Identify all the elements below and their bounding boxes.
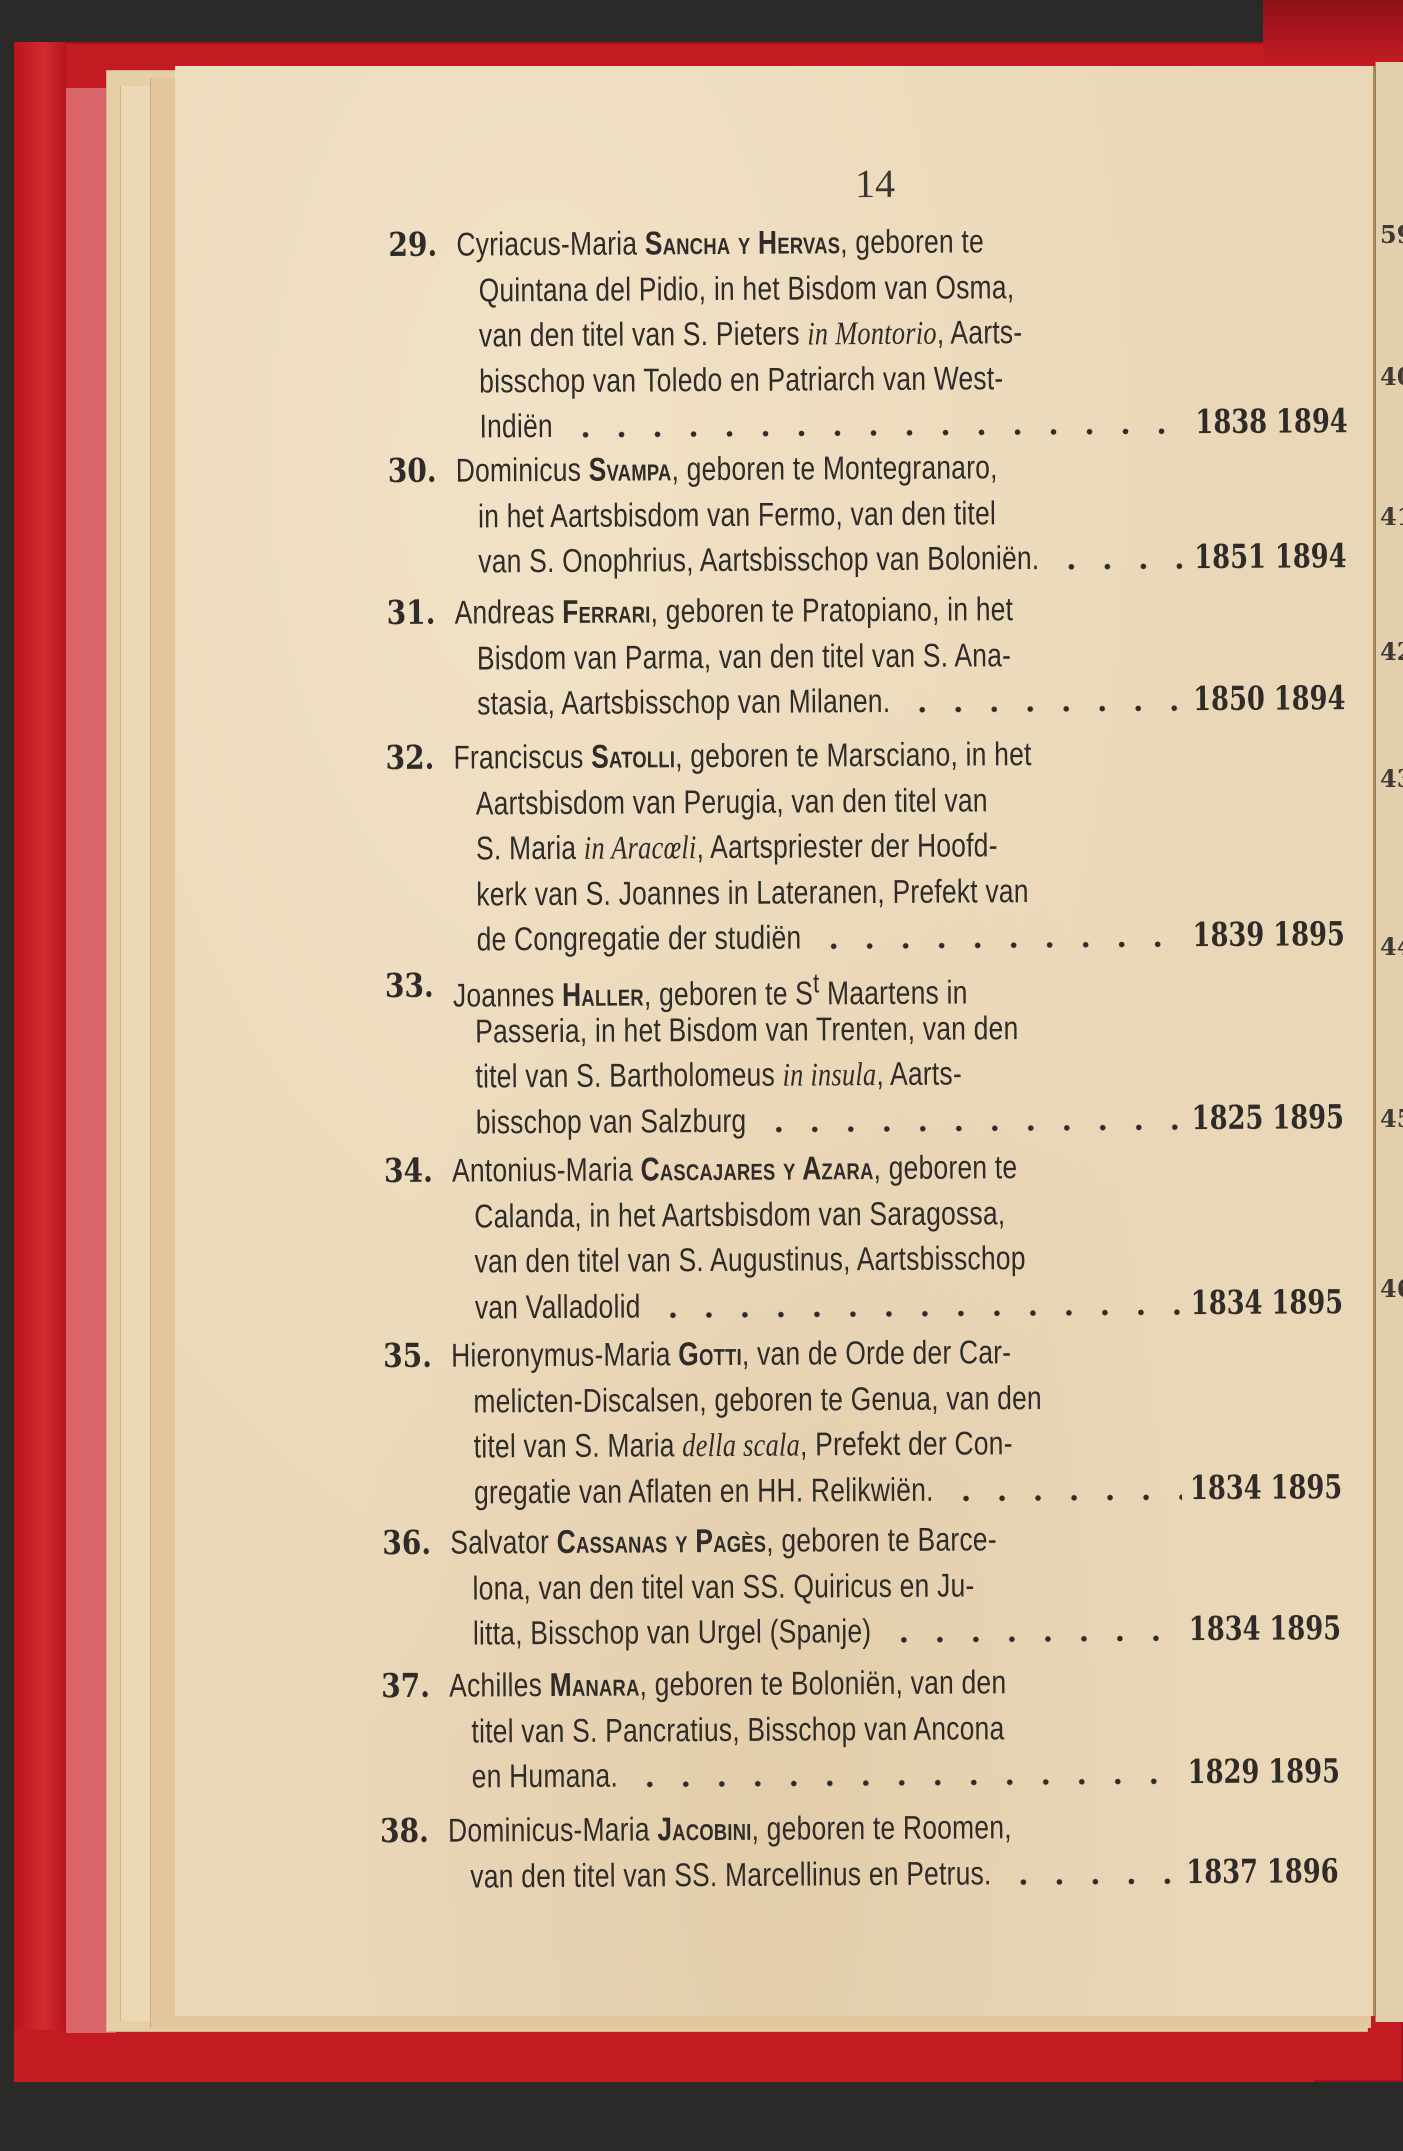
- entry-text-line: gregatie van Aflaten en HH. Relikwiën.: [474, 1469, 934, 1512]
- entry-dates: 1837 1896: [1186, 1851, 1338, 1892]
- entry-text-line: van den titel van S. Augustinus, Aartsbi…: [474, 1238, 1025, 1281]
- entry-dates: 1839 1895: [1192, 914, 1344, 955]
- entry-text-line: titel van S. Bartholomeus in insula, Aar…: [475, 1054, 962, 1098]
- entry-dates: 1834 1895: [1189, 1608, 1341, 1649]
- entry-text-line: bisschop van Salzburg: [476, 1100, 747, 1142]
- entry-text-line: Passeria, in het Bisdom van Trenten, van…: [475, 1008, 1019, 1051]
- entry-text-line: bisschop van Toledo en Patriarch van Wes…: [479, 358, 1003, 401]
- entry-text-line: van den titel van S. Pieters in Montorio…: [479, 312, 1023, 356]
- entry-number: 31.: [387, 593, 436, 633]
- entry-number: 38.: [380, 1811, 429, 1851]
- entry-text-line: titel van S. Pancratius, Bisschop van An…: [471, 1708, 1004, 1751]
- entry-number: 37.: [381, 1666, 430, 1706]
- entry-name-line: Salvator Cassanas y Pagès, geboren te Ba…: [450, 1519, 997, 1562]
- entry-number: 32.: [385, 738, 434, 778]
- entry-name-line: Franciscus Satolli, geboren te Marsciano…: [453, 734, 1031, 778]
- entry-text-line: lona, van den titel van SS. Quiricus en …: [472, 1565, 974, 1608]
- entry-name-line: Andreas Ferrari, geboren te Pratopiano, …: [455, 589, 1014, 632]
- entry-text-line: van den titel van SS. Marcellinus en Pet…: [470, 1853, 991, 1896]
- leader-dots: [948, 1492, 1182, 1503]
- entry-text-line: stasia, Aartsbisschop van Milanen.: [477, 681, 890, 724]
- entry-number: 36.: [382, 1523, 431, 1563]
- leader-dots: [816, 939, 1185, 951]
- entry-text-line: Bisdom van Parma, van den titel van S. A…: [477, 635, 1011, 678]
- entry-dates: 1838 1894: [1195, 401, 1347, 442]
- leader-dots: [655, 1307, 1183, 1320]
- entry-number: 30.: [388, 451, 437, 491]
- entry-number: 35.: [383, 1336, 432, 1376]
- entry-number: 29.: [388, 225, 437, 265]
- entry-name-line: Achilles Manara, geboren te Boloniën, va…: [449, 1662, 1006, 1705]
- entry-text-line: en Humana.: [472, 1756, 618, 1797]
- leader-dots: [761, 1122, 1184, 1135]
- entry-name-line: Dominicus Svampa, geboren te Montegranar…: [456, 447, 998, 490]
- leader-dots: [1054, 561, 1187, 572]
- entry-number: 34.: [384, 1151, 433, 1191]
- entry-dates: 1834 1895: [1190, 1467, 1342, 1508]
- leader-dots: [886, 1633, 1181, 1645]
- entry-text-line: Calanda, in het Aartsbisdom van Saragoss…: [474, 1193, 1005, 1236]
- entry-text-line: Indiën: [479, 406, 553, 446]
- page-number: 14: [855, 160, 895, 207]
- entry-text-line: S. Maria in Aracœli, Aartspriester der H…: [476, 825, 998, 869]
- leader-dots: [567, 426, 1187, 440]
- entry-text-line: in het Aartsbisdom van Fermo, van den ti…: [478, 493, 996, 536]
- entry-text-line: titel van S. Maria della scala, Prefekt …: [474, 1423, 1013, 1467]
- leader-dots: [1006, 1876, 1179, 1887]
- entry-text-line: kerk van S. Joannes in Lateranen, Prefek…: [476, 871, 1029, 914]
- entry-name-line: Hieronymus-Maria Gotti, van de Orde der …: [451, 1332, 1011, 1375]
- entry-name-line: Antonius-Maria Cascajares y Azara, gebor…: [452, 1147, 1018, 1190]
- entry-text-line: van Valladolid: [475, 1286, 641, 1327]
- entry-text-line: Aartsbisdom van Perugia, van den titel v…: [476, 780, 988, 823]
- page-content: 14 29.Cyriacus-Maria Sancha y Hervas, ge…: [0, 0, 1403, 2151]
- entry-text-line: van S. Onophrius, Aartsbisschop van Bolo…: [478, 538, 1039, 581]
- entry-name-line: Dominicus-Maria Jacobini, geboren te Roo…: [448, 1807, 1012, 1850]
- entry-dates: 1829 1895: [1188, 1751, 1340, 1792]
- entry-text-line: litta, Bisschop van Urgel (Spanje): [473, 1611, 872, 1653]
- entry-dates: 1834 1895: [1191, 1282, 1343, 1323]
- entry-text-line: de Congregatie der studiën: [477, 917, 802, 959]
- entry-text-line: Quintana del Pidio, in het Bisdom van Os…: [479, 267, 1015, 310]
- entry-dates: 1850 1894: [1193, 678, 1345, 719]
- entry-text-line: melicten-Discalsen, geboren te Genua, va…: [473, 1378, 1042, 1421]
- leader-dots: [632, 1776, 1180, 1789]
- entry-dates: 1825 1895: [1192, 1097, 1344, 1138]
- entry-dates: 1851 1894: [1194, 536, 1346, 577]
- entry-name-line: Cyriacus-Maria Sancha y Hervas, geboren …: [456, 221, 984, 264]
- entry-number: 33.: [385, 966, 434, 1006]
- leader-dots: [905, 703, 1186, 715]
